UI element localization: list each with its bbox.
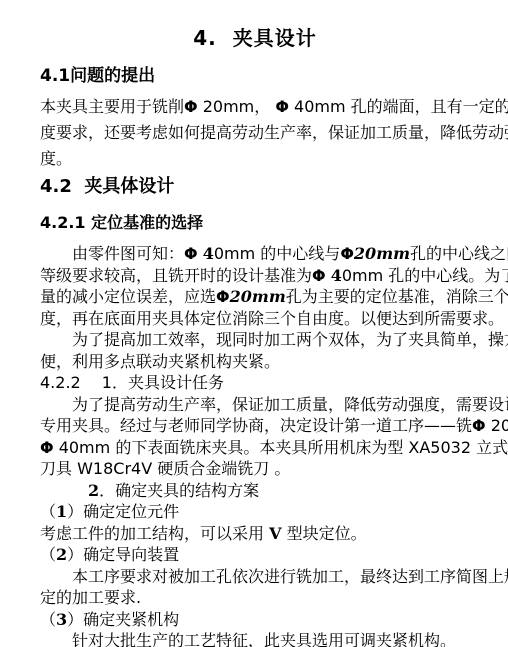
- text-run: 0mm 孔的中心线。为了尽: [342, 266, 508, 285]
- text-run: ）确定夹紧机构: [67, 610, 179, 629]
- text-line: 为了提高劳动生产率，保证加工质量，降低劳动强度，需要设计: [40, 394, 470, 416]
- text-run: 20mm，: [198, 97, 276, 116]
- text-run: 量的减小定位误差，应选: [40, 287, 216, 306]
- bold-number: 3: [56, 610, 67, 629]
- heading-4-2-1: 4.2.1 定位基准的选择: [40, 212, 470, 234]
- text-run: （: [40, 502, 56, 521]
- text-line: 度。: [40, 146, 470, 172]
- document-page: 4. 夹具设计 4.1问题的提出 本夹具主要用于铣削Φ 20mm， Φ 40mm…: [0, 0, 508, 647]
- document-title: 4. 夹具设计: [40, 26, 470, 50]
- bold-number: 4: [203, 244, 214, 263]
- text-run: 本夹具主要用于铣削: [40, 97, 184, 116]
- text-run: 0mm 的中心线与: [214, 244, 340, 263]
- text-run: 由零件图可知：: [40, 244, 184, 263]
- bold-number: 2: [88, 481, 99, 500]
- text-run: 20mm，: [486, 416, 508, 435]
- italic-dimension: 20mm: [354, 244, 410, 263]
- phi-symbol: Φ: [216, 287, 230, 306]
- text-run: 40mm 的下表面铣床夹具。本夹具所用机床为型 XA5032 立式铣床: [54, 438, 508, 457]
- item-1-locating-element: （1）确定定位元件 考虑工件的加工结构，可以采用 V 型块定位。: [40, 501, 470, 544]
- bold-number: 4: [331, 266, 342, 285]
- text-line: 为了提高加工效率，现同时加工两个双体，为了夹具简单，操方: [40, 329, 470, 351]
- text-line: 便，利用多点联动夹紧机构夹紧。: [40, 351, 470, 373]
- italic-dimension: 20mm: [230, 287, 286, 306]
- heading-4-1: 4.1问题的提出: [40, 64, 470, 88]
- text-run: 孔为主要的定位基准，消除三个自由: [286, 287, 508, 306]
- text-line: 等级要求较高，且铣开时的设计基准为Φ 40mm 孔的中心线。为了尽: [40, 265, 470, 287]
- text-line: Φ 40mm 的下表面铣床夹具。本夹具所用机床为型 XA5032 立式铣床: [40, 437, 470, 459]
- text-run: ）确定定位元件: [67, 502, 179, 521]
- text-run: 专用夹具。经过与老师同学协商，决定设计第一道工序——铣: [40, 416, 472, 435]
- subheading-structure-plan: 2．确定夹具的结构方案: [40, 480, 470, 502]
- paragraph-4-1: 本夹具主要用于铣削Φ 20mm， Φ 40mm 孔的端面，且有一定的公差粗糙 度…: [40, 94, 470, 172]
- text-run: ．确定夹具的结构方案: [99, 481, 259, 500]
- phi-symbol: Φ: [184, 244, 198, 263]
- text-run: 考虑工件的加工结构，可以采用: [40, 524, 269, 543]
- heading-4-2-2: 4.2.2 1．夹具设计任务: [40, 372, 470, 394]
- text-run: （: [40, 545, 56, 564]
- phi-symbol: Φ: [472, 416, 486, 435]
- paragraph-4-2-1: 由零件图可知：Φ 40mm 的中心线与Φ20mm孔的中心线之间的公差 等级要求较…: [40, 243, 470, 372]
- text-run: 孔的中心线之间的公差: [410, 244, 508, 263]
- item-2-guiding-device: （2）确定导向装置 本工序要求对被加工孔依次进行铣加工，最终达到工序简图上规 定…: [40, 544, 470, 609]
- text-run: 等级要求较高，且铣开时的设计基准为: [40, 266, 312, 285]
- text-run: ）确定导向装置: [67, 545, 179, 564]
- item-1-heading: （1）确定定位元件: [40, 501, 470, 523]
- phi-symbol: Φ: [312, 266, 326, 285]
- text-line: 由零件图可知：Φ 40mm 的中心线与Φ20mm孔的中心线之间的公差: [40, 243, 470, 265]
- bold-number: 1: [56, 502, 67, 521]
- bold-letter-v: V: [269, 524, 281, 543]
- bold-number: 2: [56, 545, 67, 564]
- phi-symbol: Φ: [340, 244, 354, 263]
- phi-symbol: Φ: [40, 438, 54, 457]
- text-run: 40mm 孔的端面，且有一定的公差粗糙: [289, 97, 508, 116]
- phi-symbol: Φ: [275, 97, 289, 116]
- paragraph-4-2-2: 为了提高劳动生产率，保证加工质量，降低劳动强度，需要设计 专用夹具。经过与老师同…: [40, 394, 470, 502]
- text-line: 本工序要求对被加工孔依次进行铣加工，最终达到工序简图上规: [40, 566, 470, 588]
- text-line: 度要求，还要考虑如何提高劳动生产率，保证加工质量，降低劳动强: [40, 120, 470, 146]
- item-3-clamping-mechanism: （3）确定夹紧机构 针对大批生产的工艺特征，此夹具选用可调夹紧机构。: [40, 609, 470, 647]
- text-run: [40, 481, 88, 500]
- phi-symbol: Φ: [184, 97, 198, 116]
- text-run: （: [40, 610, 56, 629]
- text-line: 量的减小定位误差，应选Φ20mm孔为主要的定位基准，消除三个自由: [40, 286, 470, 308]
- heading-4-2: 4.2 夹具体设计: [40, 174, 470, 200]
- text-line: 考虑工件的加工结构，可以采用 V 型块定位。: [40, 523, 470, 545]
- item-2-heading: （2）确定导向装置: [40, 544, 470, 566]
- text-line: 专用夹具。经过与老师同学协商，决定设计第一道工序——铣Φ 20mm，: [40, 415, 470, 437]
- item-3-heading: （3）确定夹紧机构: [40, 609, 470, 631]
- text-run: 型块定位。: [282, 524, 367, 543]
- text-line: 刀具 W18Cr4V 硬质合金端铣刀 。: [40, 458, 470, 480]
- text-line: 定的加工要求.: [40, 587, 470, 609]
- text-line: 本夹具主要用于铣削Φ 20mm， Φ 40mm 孔的端面，且有一定的公差粗糙: [40, 94, 470, 120]
- text-line: 度，再在底面用夹具体定位消除三个自由度。以便达到所需要求。: [40, 308, 470, 330]
- document-body: 本夹具主要用于铣削Φ 20mm， Φ 40mm 孔的端面，且有一定的公差粗糙 度…: [40, 94, 470, 647]
- text-line: 针对大批生产的工艺特征，此夹具选用可调夹紧机构。: [40, 630, 470, 647]
